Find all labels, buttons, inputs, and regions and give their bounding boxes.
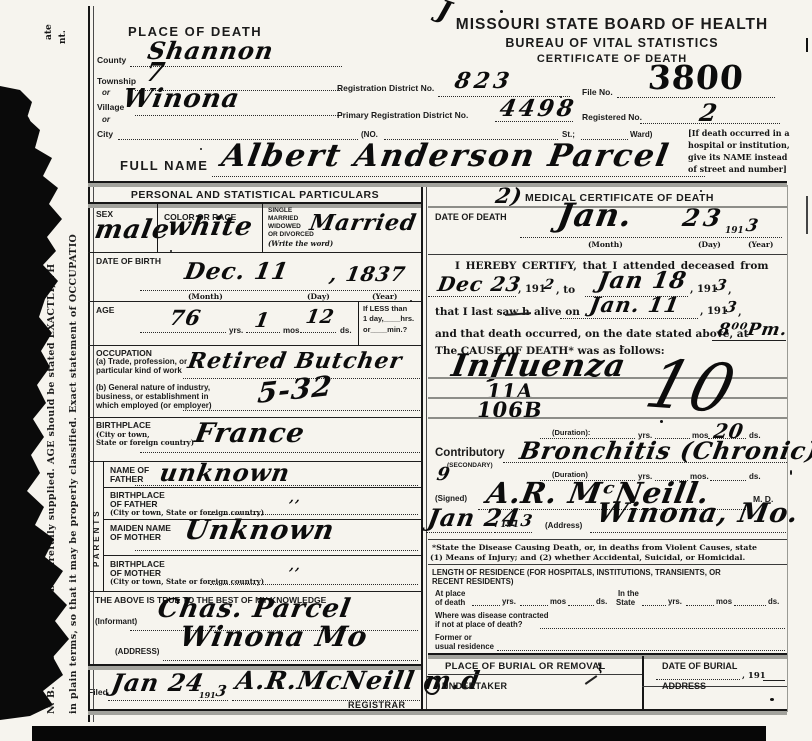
bottom-black-bar: [32, 726, 766, 741]
duration2-line: [710, 479, 746, 481]
row-line: [88, 301, 421, 302]
father-name-label: FATHER: [110, 474, 143, 484]
informant-label: (Informant): [95, 617, 137, 626]
residence-line: [642, 604, 666, 606]
row-line: [103, 487, 421, 488]
birthplace-hint: State or foreign country): [96, 438, 194, 447]
undertaker-address-label: ADDRESS: [662, 681, 706, 691]
signed-label: (Signed): [435, 494, 467, 503]
cell-divider: [262, 203, 263, 252]
date-of-death-label: DATE OF DEATH: [435, 212, 507, 222]
city-label: City: [97, 129, 113, 139]
village-value: Winona: [120, 84, 242, 114]
attended-from-line: [428, 295, 516, 297]
date-of-burial-line: [656, 678, 740, 680]
year-sublabel: (Year): [748, 240, 773, 249]
residence-heading: LENGTH OF RESIDENCE (FOR HOSPITALS, INST…: [432, 568, 721, 577]
signed-date-line: [426, 531, 492, 533]
section-number-mark: 2): [494, 183, 525, 208]
death-time-line: [712, 340, 786, 341]
mother-name-line: [135, 549, 418, 551]
file-no-value: 3800: [647, 58, 746, 97]
residence-line: [734, 604, 766, 606]
age-line: [300, 331, 336, 333]
yrs-label: yrs.: [668, 597, 682, 606]
occupation-a-label: particular kind of work: [96, 366, 182, 375]
month-sublabel: (Month): [188, 292, 223, 301]
date-of-burial-label: DATE OF BURIAL: [662, 661, 737, 671]
dob-year: , 1837: [328, 262, 408, 286]
rule-above-burial: [428, 653, 787, 659]
burial-cell-divider: [642, 656, 644, 710]
from-year-digit: 2: [543, 277, 557, 293]
marital-label: MARRIED: [268, 215, 298, 223]
marital-hint: (Write the word): [268, 239, 333, 248]
stray-pen-slash: [585, 675, 597, 685]
residence-line: [520, 604, 548, 606]
registrar-label: REGISTRAR: [348, 700, 406, 710]
dod-month-value: Jan.: [555, 196, 636, 234]
hospital-note-line: of street and number]: [688, 164, 787, 174]
cell-divider: [358, 301, 359, 345]
last-saw-text: that I last saw h: [435, 306, 530, 318]
residence-line: [472, 604, 500, 606]
contracted-label: if not at place of death?: [435, 620, 523, 629]
mother-name-value: Unknown: [182, 515, 337, 546]
ds-label: ds.: [596, 597, 607, 606]
former-residence-line: [497, 649, 785, 651]
parents-label: PARENTS: [92, 508, 101, 567]
yrs-label: yrs.: [229, 326, 243, 335]
parents-divider: [103, 461, 104, 592]
father-name-line: [135, 484, 418, 486]
marital-label: SINGLE: [268, 207, 292, 215]
rule-under-personal-title: [88, 202, 421, 208]
dod-day-value: 23: [680, 203, 727, 232]
form-left-border-inner: [93, 6, 94, 722]
occupation-a-label: (a) Trade, profession, or: [96, 357, 187, 366]
at-place-label: At place: [435, 589, 465, 598]
dob-value: Dec. 11: [183, 258, 291, 285]
full-name-label: FULL NAME: [120, 158, 208, 173]
if-less-label: or____min.?: [363, 325, 407, 334]
dob-label: DATE OF BIRTH: [96, 256, 161, 266]
birthplace-value: France: [192, 418, 307, 449]
file-no-label: File No.: [582, 87, 613, 97]
scan-speckle: [200, 148, 202, 150]
dod-line: [520, 236, 782, 238]
column-divider-inner: [426, 186, 427, 712]
contracted-line: [540, 627, 785, 629]
scan-speckle: [806, 196, 808, 234]
scan-speckle: [806, 38, 808, 52]
attended-to-value: Jan 18: [596, 267, 689, 294]
scan-speckle: [500, 10, 503, 13]
cause-big-mark: 10: [638, 345, 744, 428]
death-certificate-scan: { "margin": { "fragment_top_1": "ate", "…: [0, 0, 812, 741]
or-label: or: [102, 88, 110, 97]
filed-year-digit: 3: [214, 682, 229, 700]
primary-registration-label: Primary Registration District No.: [337, 110, 468, 120]
attended-from-value: Dec 23: [436, 272, 523, 296]
last-seen-value: Jan. 11: [588, 292, 682, 317]
dob-line: [140, 289, 420, 291]
scan-speckle: [770, 698, 774, 701]
cause-value: Influenza: [449, 348, 629, 384]
row-line: [88, 591, 421, 592]
marital-label: WIDOWED: [268, 223, 301, 231]
village-line: [135, 114, 342, 116]
registration-district-label: Registration District No.: [337, 83, 434, 93]
ds-label: ds.: [340, 326, 352, 335]
row-line: [428, 674, 642, 675]
scan-speckle: [700, 190, 702, 192]
occupation-a-value: Retired Butcher: [186, 348, 405, 374]
footnote-text: (1) Means of Injury; and (2) whether Acc…: [430, 553, 745, 562]
year-sublabel: (Year): [372, 292, 397, 301]
contributory-label: Contributory: [435, 447, 505, 459]
mos-label: mos: [283, 326, 299, 335]
signed-year-printed: . 191: [494, 520, 519, 530]
informant-address-line: [163, 659, 418, 661]
at-place-label: of death: [435, 598, 465, 607]
cell-divider: [157, 203, 158, 252]
hospital-note-line: [If death occurred in a: [688, 128, 790, 138]
signed-date-line: [494, 531, 532, 533]
personal-section-title: PERSONAL AND STATISTICAL PARTICULARS: [131, 189, 379, 201]
dod-year-digit: 3: [744, 216, 760, 236]
residence-line: [686, 604, 714, 606]
age-months-value: 1: [253, 308, 272, 332]
scan-speckle: [170, 250, 172, 252]
month-sublabel: (Month): [588, 240, 623, 249]
scan-ink-blob: [0, 0, 90, 741]
residence-heading: RECENT RESIDENTS): [432, 577, 513, 586]
ds-label: ds.: [768, 597, 779, 606]
to-year-digit: 3: [714, 276, 729, 294]
death-time-value: 8⁰⁰Pm.: [716, 320, 789, 340]
scan-speckle: [790, 470, 792, 475]
if-less-label: 1 day,____hrs.: [363, 314, 414, 323]
signed-address-value: Winona, Mo.: [594, 498, 801, 529]
row-line: [88, 252, 421, 253]
mother-birthplace-line: [210, 583, 418, 585]
mother-name-label: OF MOTHER: [110, 532, 161, 542]
ds-label: ds.: [749, 472, 761, 481]
rule-under-fullname: [88, 181, 787, 187]
scan-speckle: [660, 420, 663, 423]
birthplace-line: [140, 451, 420, 453]
occupation-b-label: business, or establishment in: [96, 392, 208, 401]
dod-year-printed: 191: [725, 226, 744, 236]
yrs-label: yrs.: [502, 597, 516, 606]
to-label: , to: [556, 284, 575, 296]
stray-pen-mark: J: [434, 0, 456, 27]
place-of-burial-label: PLACE OF BURIAL OR REMOVAL: [445, 661, 606, 672]
registration-district-value: 823: [453, 68, 516, 94]
or-label: or: [102, 115, 110, 124]
sex-value: male: [92, 215, 172, 245]
hospital-note-line: give its NAME instead: [688, 152, 787, 162]
death-occurred-text: and that death occurred, on the date sta…: [435, 328, 748, 340]
contributory-mark: 9: [435, 464, 452, 485]
from-year-printed: , 191: [518, 284, 546, 295]
scan-speckle: [620, 345, 622, 347]
county-label: County: [97, 55, 126, 65]
signed-year-digit: 3: [519, 511, 534, 530]
mos-label: mos: [550, 597, 566, 606]
footnote-text: *State the Disease Causing Death, or, in…: [432, 543, 757, 552]
seen-year-digit: 3: [724, 298, 739, 316]
filed-label: Filed: [88, 687, 108, 697]
board-title: MISSOURI STATE BOARD OF HEALTH: [456, 16, 768, 34]
hospital-note-line: hospital or institution,: [688, 140, 790, 150]
undertaker-label: UNDERTAKER: [442, 681, 507, 691]
day-sublabel: (Day): [698, 240, 721, 249]
primary-registration-value: 4498: [498, 95, 579, 122]
father-name-value: unknown: [157, 458, 292, 487]
in-state-label: In the: [618, 589, 639, 598]
in-state-label: State: [616, 598, 635, 607]
filed-line: [108, 699, 196, 701]
scan-speckle: [560, 96, 562, 98]
row-line: [428, 564, 787, 565]
stray-ink-circle: [424, 677, 440, 695]
former-residence-label: usual residence: [435, 642, 494, 651]
informant-address-value: Winona Mo: [177, 620, 370, 653]
contracted-label: Where was disease contracted: [435, 611, 549, 620]
age-label: AGE: [96, 305, 114, 315]
row-line: [428, 539, 787, 540]
secondary-label: (SECONDARY): [447, 462, 493, 469]
father-birthplace-value: ’’: [287, 498, 302, 514]
last-seen-line: [560, 317, 698, 319]
former-residence-label: Former or: [435, 633, 472, 642]
row-line: [103, 555, 421, 556]
comma: ,: [738, 306, 742, 318]
occupation-b-line: [183, 409, 420, 411]
birthplace-label: BIRTHPLACE: [96, 420, 151, 430]
full-name-value: Albert Anderson Parcel: [219, 138, 673, 174]
contributory-line: [503, 461, 787, 463]
scan-speckle: [410, 300, 412, 302]
full-name-line: [212, 175, 705, 177]
age-line: [246, 331, 280, 333]
signed-address-line: [590, 531, 786, 533]
rule-bottom: [88, 709, 787, 715]
day-sublabel: (Day): [307, 292, 330, 301]
burial-year-line: [763, 680, 785, 681]
age-years-value: 76: [168, 305, 204, 330]
filed-date-value: Jan 24: [109, 668, 206, 697]
occupation-b-label: (b) General nature of industry,: [96, 383, 210, 392]
marital-value: Married: [308, 210, 419, 236]
occupation-b-value: 5-32: [256, 369, 333, 410]
signed-address-label: (Address): [545, 521, 582, 530]
column-divider: [421, 186, 423, 712]
informant-address-label: (ADDRESS): [115, 647, 159, 656]
color-race-value: white: [165, 212, 255, 242]
mother-birthplace-value: ’’: [287, 566, 302, 582]
age-days-value: 12: [304, 306, 336, 328]
age-line: [140, 331, 226, 333]
filed-line: [198, 699, 228, 701]
mos-label: mos: [716, 597, 732, 606]
row-line: [88, 345, 421, 346]
registered-no-label: Registered No.: [582, 112, 642, 122]
primary-registration-line: [495, 120, 573, 122]
bureau-title: BUREAU OF VITAL STATISTICS: [505, 36, 718, 50]
row-line: [428, 254, 787, 255]
comma: ,: [728, 284, 732, 296]
if-less-label: If LESS than: [363, 304, 407, 313]
residence-line: [568, 604, 594, 606]
